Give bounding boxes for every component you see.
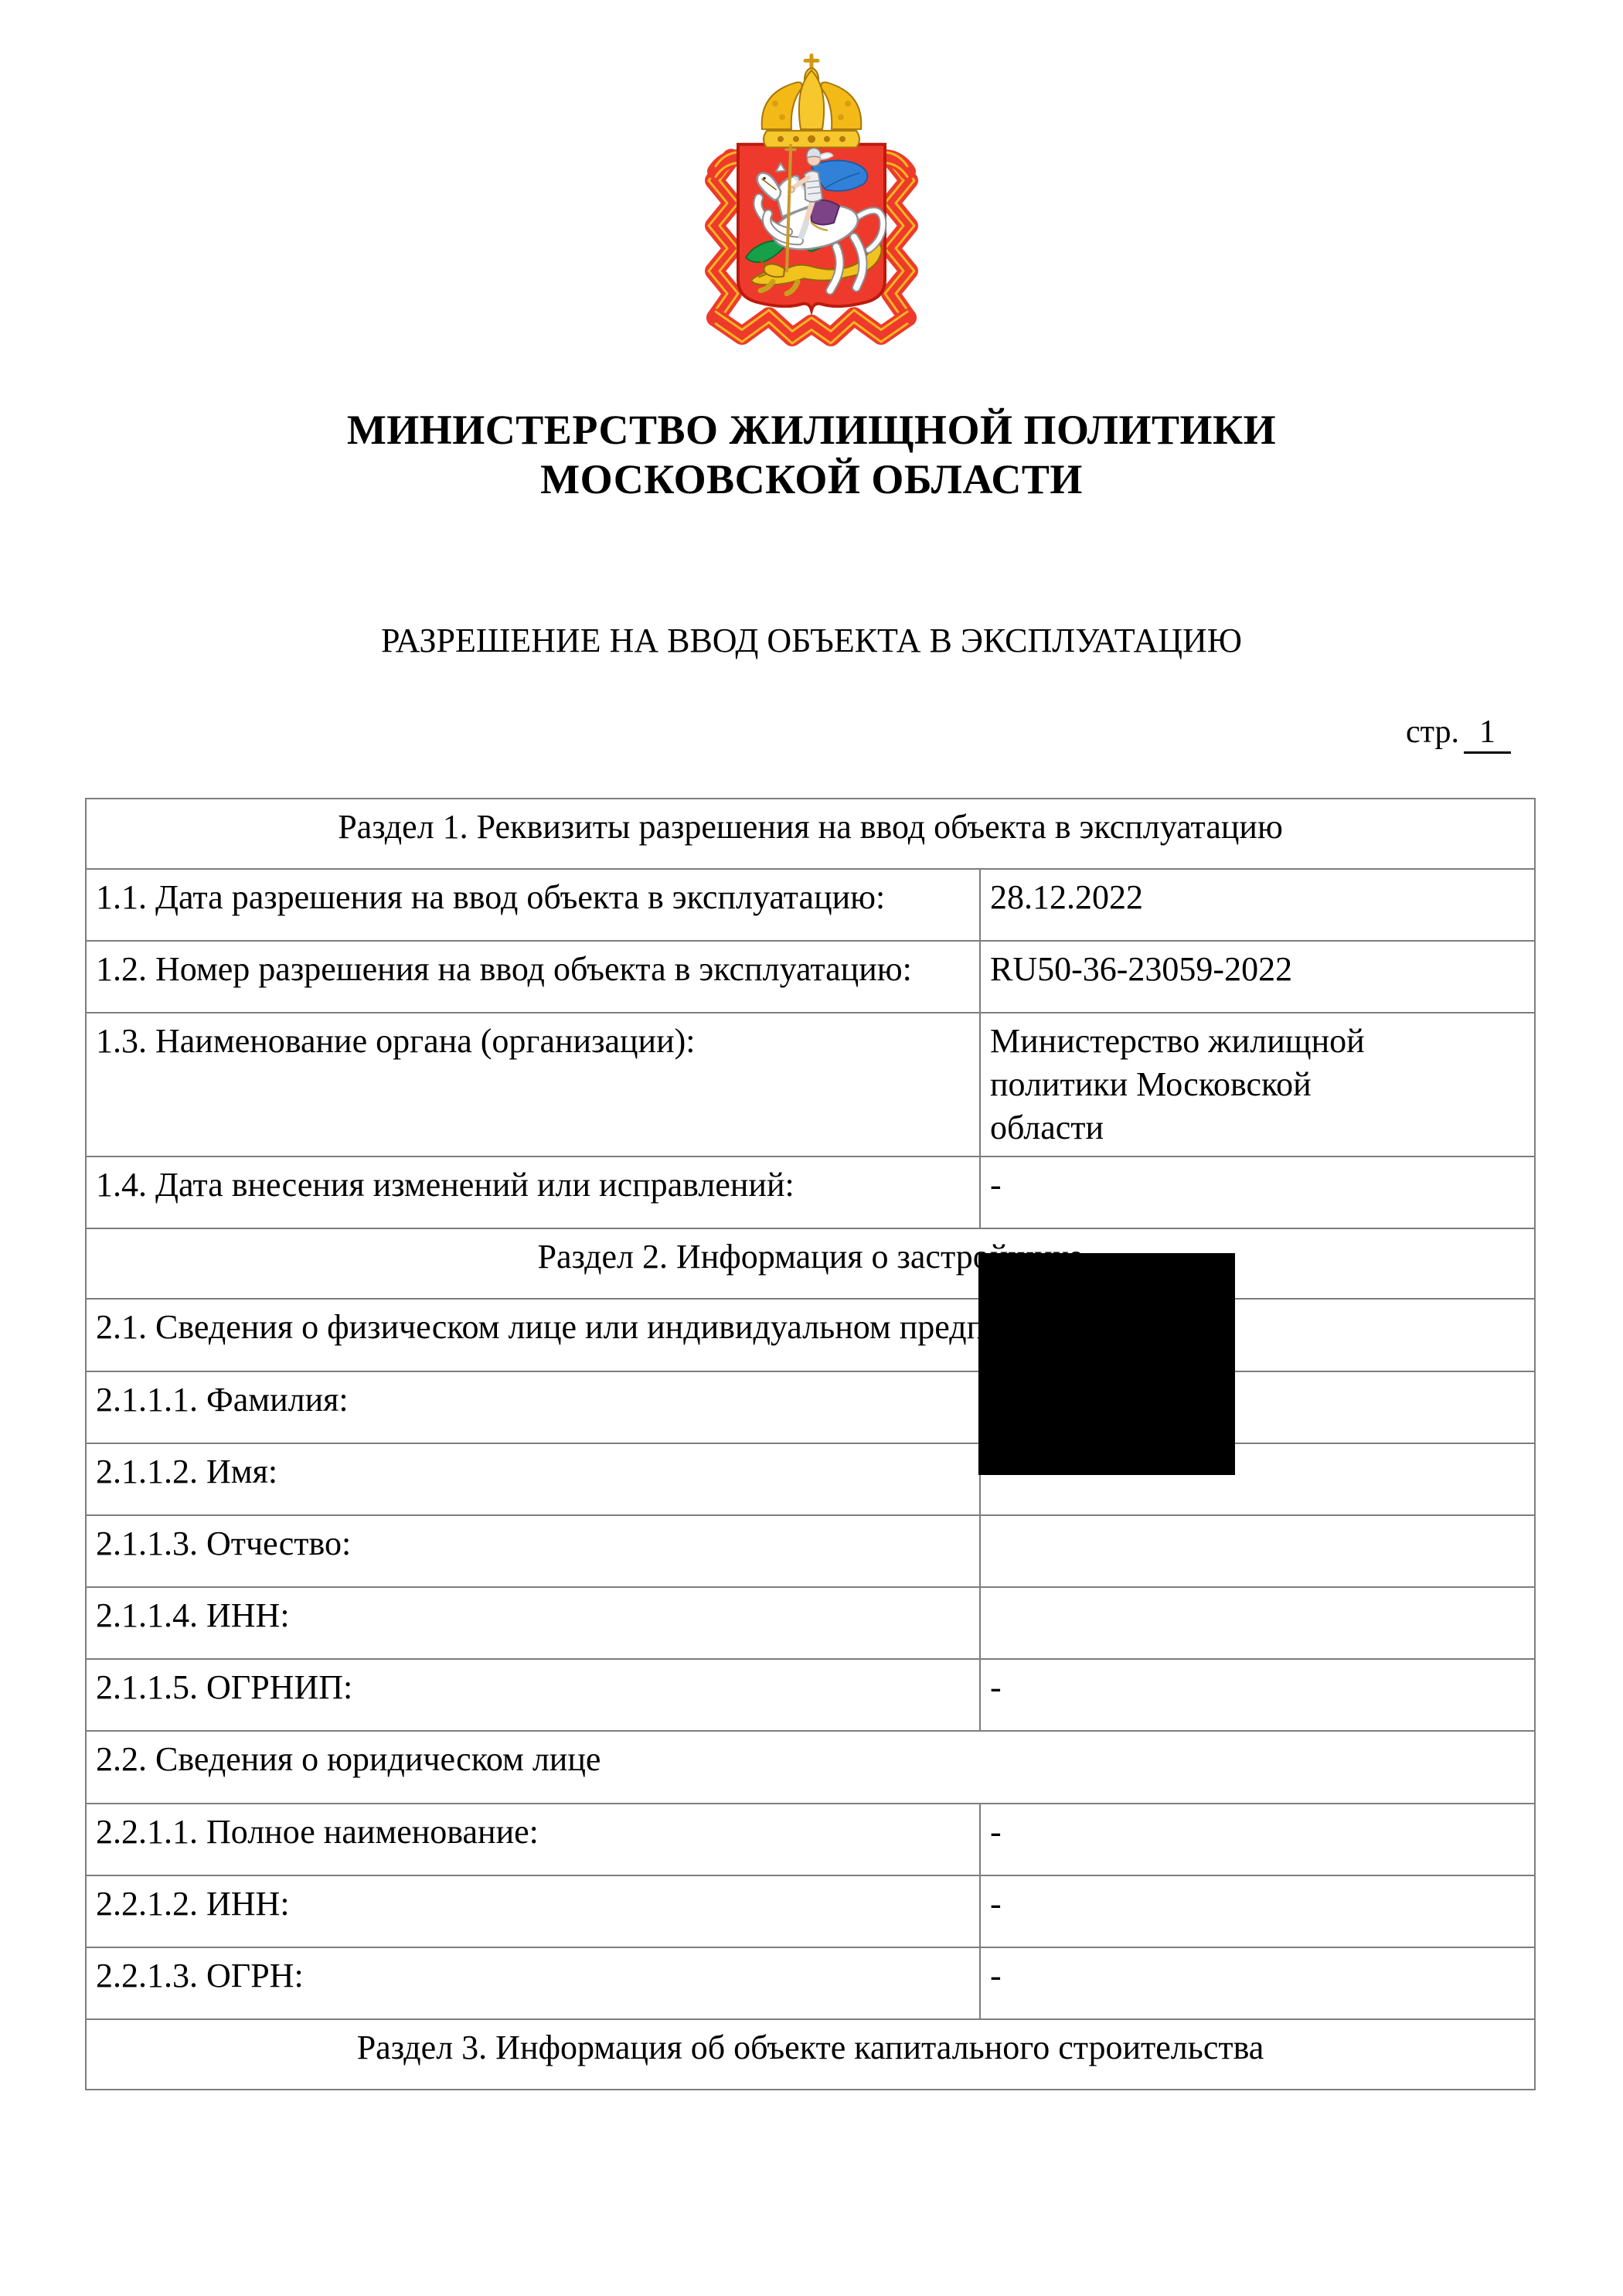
row-label: 2.2.1.2. ИНН: xyxy=(86,1875,980,1947)
ministry-name-line2: МОСКОВСКОЙ ОБЛАСТИ xyxy=(0,455,1623,504)
ministry-name: МИНИСТЕРСТВО ЖИЛИЩНОЙ ПОЛИТИКИ МОСКОВСКО… xyxy=(0,405,1623,504)
section1-header-row: Раздел 1. Реквизиты разрешения на ввод о… xyxy=(86,799,1535,869)
page-number-value: 1 xyxy=(1464,713,1511,754)
table-row-amendment-date: 1.4. Дата внесения изменений или исправл… xyxy=(86,1157,1535,1228)
rider-helmet xyxy=(807,148,821,158)
table-row-authority-name: 1.3. Наименование органа (организации): … xyxy=(86,1013,1535,1157)
row-label: 2.2.1.3. ОГРН: xyxy=(86,1947,980,2019)
row-value: 28.12.2022 xyxy=(980,869,1535,941)
section-header: Раздел 3. Информация об объекте капиталь… xyxy=(86,2019,1535,2090)
row-value: - xyxy=(980,1659,1535,1731)
table-row-legal-name: 2.2.1.1. Полное наименование: - xyxy=(86,1804,1535,1875)
ministry-name-line1: МИНИСТЕРСТВО ЖИЛИЩНОЙ ПОЛИТИКИ xyxy=(0,405,1623,455)
section3-header-row: Раздел 3. Информация об объекте капиталь… xyxy=(86,2019,1535,2090)
section-header: Раздел 2. Информация о застройщике xyxy=(86,1228,1535,1299)
row-label: 1.3. Наименование органа (организации): xyxy=(86,1013,980,1157)
table-row-surname: 2.1.1.1. Фамилия: xyxy=(86,1371,1535,1443)
row-value-text: Министерство жилищной политики Московско… xyxy=(990,1020,1376,1150)
document-page: МИНИСТЕРСТВО ЖИЛИЩНОЙ ПОЛИТИКИ МОСКОВСКО… xyxy=(0,0,1623,2296)
row-label: 2.1.1.2. Имя: xyxy=(86,1443,980,1515)
subsection-header: 2.1. Сведения о физическом лице или инди… xyxy=(86,1299,1535,1371)
permit-details-table: Раздел 1. Реквизиты разрешения на ввод о… xyxy=(85,798,1536,2090)
row-label: 1.2. Номер разрешения на ввод объекта в … xyxy=(86,941,980,1013)
row-value-redacted xyxy=(980,1515,1535,1587)
row-value: - xyxy=(980,1804,1535,1875)
table-row-inn-legal: 2.2.1.2. ИНН: - xyxy=(86,1875,1535,1947)
page-number-label: стр. xyxy=(1406,714,1459,750)
table-row-permit-date: 1.1. Дата разрешения на ввод объекта в э… xyxy=(86,869,1535,941)
row-value: - xyxy=(980,1157,1535,1228)
table-row-permit-number: 1.2. Номер разрешения на ввод объекта в … xyxy=(86,941,1535,1013)
emblem-crown xyxy=(762,56,862,148)
table-row-firstname: 2.1.1.2. Имя: xyxy=(86,1443,1535,1515)
row-value: - xyxy=(980,1875,1535,1947)
redaction-box xyxy=(978,1253,1235,1475)
document-title: РАЗРЕШЕНИЕ НА ВВОД ОБЪЕКТА В ЭКСПЛУАТАЦИ… xyxy=(0,618,1623,663)
subsection-header: 2.2. Сведения о юридическом лице xyxy=(86,1731,1535,1804)
subsection-2-1-row: 2.1. Сведения о физическом лице или инди… xyxy=(86,1299,1535,1371)
table-row-ogrn: 2.2.1.3. ОГРН: - xyxy=(86,1947,1535,2019)
row-label: 2.1.1.5. ОГРНИП: xyxy=(86,1659,980,1731)
row-value: RU50-36-23059-2022 xyxy=(980,941,1535,1013)
coat-of-arms-image xyxy=(696,45,927,346)
row-label: 2.1.1.4. ИНН: xyxy=(86,1587,980,1659)
coat-of-arms-moscow-oblast-icon xyxy=(696,45,927,346)
row-value: Министерство жилищной политики Московско… xyxy=(980,1013,1535,1157)
page-number: стр.1 xyxy=(1406,713,1511,754)
table-row-ogrnip: 2.1.1.5. ОГРНИП: - xyxy=(86,1659,1535,1731)
row-label: 2.2.1.1. Полное наименование: xyxy=(86,1804,980,1875)
row-value-redacted xyxy=(980,1587,1535,1659)
row-label: 2.1.1.1. Фамилия: xyxy=(86,1371,980,1443)
subsection-2-2-row: 2.2. Сведения о юридическом лице xyxy=(86,1731,1535,1804)
section-header: Раздел 1. Реквизиты разрешения на ввод о… xyxy=(86,799,1535,869)
row-label: 1.4. Дата внесения изменений или исправл… xyxy=(86,1157,980,1228)
table-row-inn-person: 2.1.1.4. ИНН: xyxy=(86,1587,1535,1659)
table-row-patronymic: 2.1.1.3. Отчество: xyxy=(86,1515,1535,1587)
section2-header-row: Раздел 2. Информация о застройщике xyxy=(86,1228,1535,1299)
row-label: 2.1.1.3. Отчество: xyxy=(86,1515,980,1587)
row-value: - xyxy=(980,1947,1535,2019)
row-label: 1.1. Дата разрешения на ввод объекта в э… xyxy=(86,869,980,941)
